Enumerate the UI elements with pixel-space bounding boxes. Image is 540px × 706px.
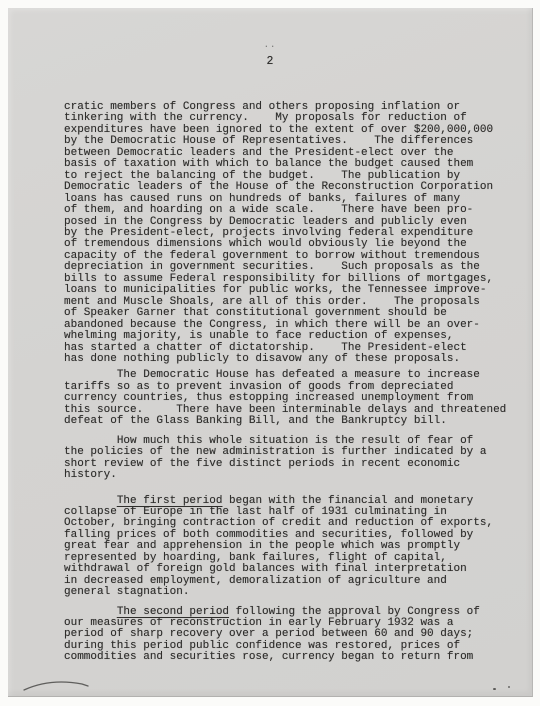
underlined-phrase-first-period: The first period [117, 495, 223, 507]
paragraph-5: The second period following the approval… [64, 607, 520, 664]
scanned-document: .. 2 cratic members of Congress and othe… [0, 0, 540, 706]
paragraph-3: How much this whole situation is the res… [64, 436, 520, 482]
paragraph-4-pre [64, 495, 117, 507]
paragraph-2: The Democratic House has defeated a meas… [64, 370, 520, 427]
paragraph-3-pre [64, 435, 117, 447]
ink-speck [508, 686, 510, 688]
page-number: 2 [8, 55, 532, 68]
ink-speck [493, 688, 496, 690]
paragraph-1: cratic members of Congress and others pr… [64, 102, 520, 365]
paragraph-3-text: How much this whole situation is the res… [64, 435, 486, 481]
paper-page: .. 2 cratic members of Congress and othe… [8, 8, 533, 697]
pencil-stroke-mark [20, 674, 100, 698]
paragraph-5-pre [64, 606, 117, 618]
paragraph-2-text: The Democratic House has defeated a meas… [64, 369, 506, 427]
document-body: cratic members of Congress and others pr… [64, 102, 520, 664]
paragraph-4-text: began with the financial and monetary co… [64, 495, 493, 599]
paragraph-2-pre [64, 369, 117, 381]
paragraph-4: The first period began with the financia… [64, 496, 520, 599]
smudge-mark: .. [8, 40, 532, 50]
underlined-phrase-second-period: The second period [117, 606, 229, 618]
paragraph-1-text: cratic members of Congress and others pr… [64, 101, 493, 365]
